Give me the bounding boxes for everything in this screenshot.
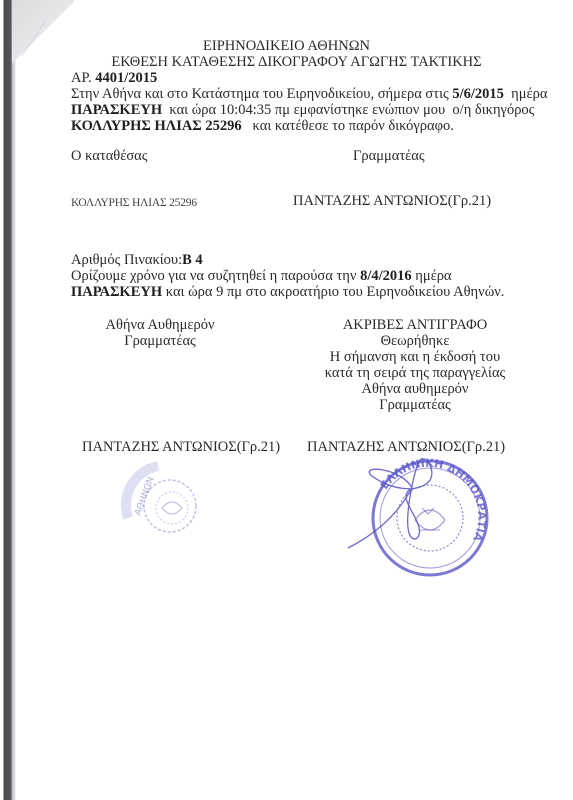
lawyer-name: ΚΟΛΛΥΡΗΣ ΗΛΙΑΣ 25296 — [71, 118, 242, 134]
certified-copy-heading: ΑΚΡΙΒΕΣ ΑΝΤΙΓΡΑΦΟ — [300, 317, 530, 333]
left-secretary-label: Γραμματέας — [90, 333, 230, 349]
certified-line-3: Η σήμανση και η έκδοσή του — [300, 349, 530, 365]
deposit-line-1: Στην Αθήνα και στο Κατάστημα του Ειρηνοδ… — [71, 86, 547, 102]
case-number-value: 4401/2015 — [95, 70, 157, 86]
deposit-line-2: ΠΑΡΑΣΚΕΥΗ και ώρα 10:04:35 πμ εμφανίστηκ… — [71, 102, 534, 118]
left-signature-name: ΠΑΝΤΑΖΗΣ ΑΝΤΩΝΙΟΣ(Γρ.21) — [82, 439, 280, 455]
docket-value: Β 4 — [182, 252, 203, 268]
hearing-line-1: Ορίζουμε χρόνο για να συζητηθεί η παρούσ… — [71, 268, 452, 284]
hearing-text: και ώρα 9 πμ στο ακροατήριο του Ειρηνοδι… — [162, 284, 504, 300]
faded-court-stamp-icon: ΑΘΗΝΩΝ — [118, 458, 208, 538]
hearing-day: ΠΑΡΑΣΚΕΥΗ — [71, 284, 162, 300]
deposit-text: και κατέθεσε το παρόν δικόγραφο. — [242, 118, 454, 134]
hearing-text: Ορίζουμε χρόνο για να συζητηθεί η παρούσ… — [71, 268, 360, 284]
deposit-line-3: ΚΟΛΛΥΡΗΣ ΗΛΙΑΣ 25296 και κατέθεσε το παρ… — [71, 118, 454, 134]
certified-line-6: Γραμματέας — [300, 397, 530, 413]
deposit-text: ημέρα — [504, 86, 548, 102]
document-title: ΕΚΘΕΣΗ ΚΑΤΑΘΕΣΗΣ ΔΙΚΟΓΡΑΦΟΥ ΑΓΩΓΗΣ ΤΑΚΤΙ… — [20, 54, 573, 70]
deposit-date: 5/6/2015 — [452, 86, 504, 102]
certified-line-2: Θεωρήθηκε — [300, 333, 530, 349]
secretary-label: Γραμματέας — [353, 148, 425, 164]
case-number-label: ΑΡ. — [71, 70, 95, 86]
hearing-text: ημέρα — [412, 268, 452, 284]
deposit-day: ΠΑΡΑΣΚΕΥΗ — [71, 102, 162, 118]
depositor-label: Ο καταθέσας — [71, 148, 148, 164]
left-place-date: Αθήνα Αυθημερόν — [90, 317, 230, 333]
deposit-text: Στην Αθήνα και στο Κατάστημα του Ειρηνοδ… — [71, 86, 452, 102]
deposit-text: και ώρα 10:04:35 πμ εμφανίστηκε ενώπιον … — [162, 102, 534, 118]
case-number: ΑΡ. 4401/2015 — [71, 70, 157, 86]
hearing-date: 8/4/2016 — [360, 268, 412, 284]
certified-line-5: Αθήνα αυθημερόν — [300, 381, 530, 397]
certified-line-4: κατά τη σειρά της παραγγελίας — [300, 365, 530, 381]
docket-number: Αριθμός Πινακίου:Β 4 — [71, 252, 203, 268]
docket-label: Αριθμός Πινακίου: — [71, 252, 182, 268]
secretary-name: ΠΑΝΤΑΖΗΣ ΑΝΤΩΝΙΟΣ(Γρ.21) — [293, 193, 491, 209]
hearing-line-2: ΠΑΡΑΣΚΕΥΗ και ώρα 9 πμ στο ακροατήριο το… — [71, 284, 504, 300]
scan-left-edge — [0, 0, 16, 800]
court-name: ΕΙΡΗΝΟΔΙΚΕΙΟ ΑΘΗΝΩΝ — [0, 38, 573, 54]
depositor-name: ΚΟΛΛΥΡΗΣ ΗΛΙΑΣ 25296 — [71, 195, 197, 211]
court-seal-stamp-icon: ΕΛΛΗΝΙΚΗ ΔΗΜΟΚΡΑΤΙΑ — [340, 450, 490, 585]
